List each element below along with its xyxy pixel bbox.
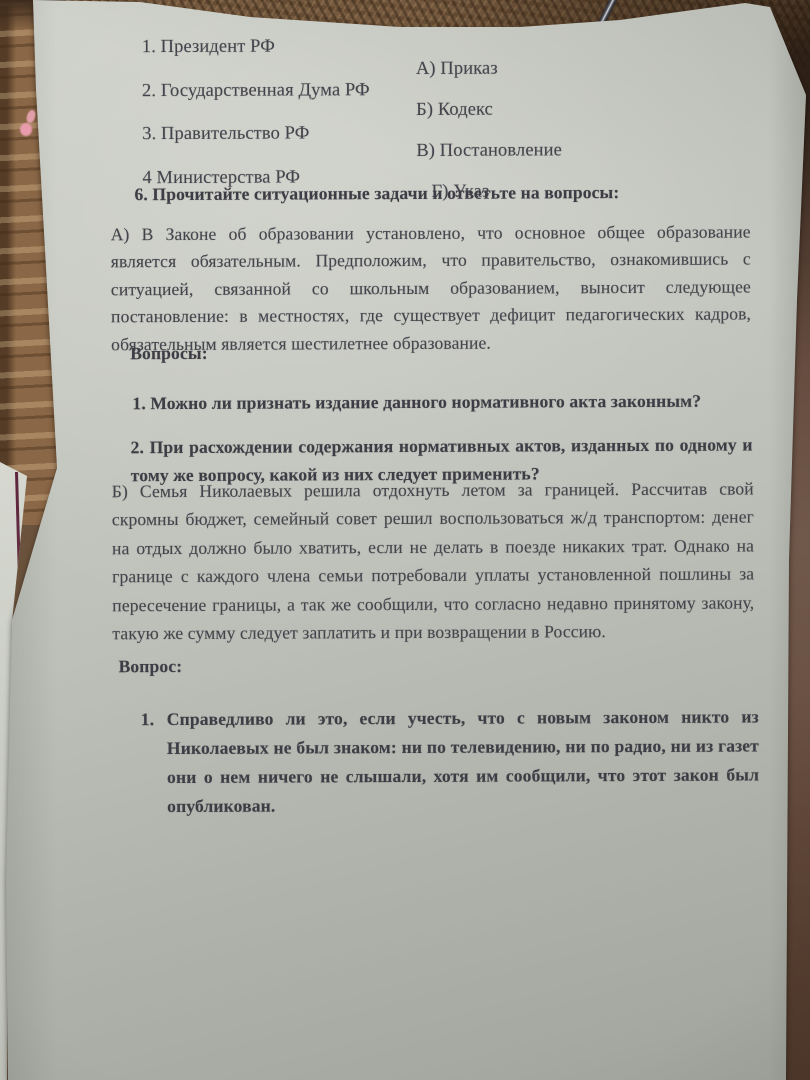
- final-question: 1. Справедливо ли это, если учесть, что …: [141, 702, 760, 821]
- final-question-text: Справедливо ли это, если учесть, что с н…: [167, 702, 760, 821]
- matching-left-item: 3. Правительство РФ: [142, 123, 370, 167]
- photo-scene: 1. Президент РФ 2. Государственная Дума …: [0, 0, 810, 1080]
- matching-right-option: Б) Кодекс: [416, 99, 562, 141]
- question-1: 1. Можно ли признать издание данного нор…: [132, 386, 764, 417]
- matching-left-item: 1. Президент РФ: [142, 36, 370, 80]
- paper-sheet-wrap: 1. Президент РФ 2. Государственная Дума …: [0, 0, 810, 1080]
- matching-right-option: А) Приказ: [416, 58, 562, 100]
- case-b-paragraph: Б) Семья Николаевых решила отдохнуть лет…: [112, 474, 755, 647]
- task6-heading: 6. Прочитайте ситуационные задачи и отве…: [134, 182, 744, 206]
- document-content: 1. Президент РФ 2. Государственная Дума …: [0, 0, 810, 1080]
- matching-left-item: 2. Государственная Дума РФ: [142, 80, 370, 124]
- question-label: Вопрос:: [119, 656, 183, 677]
- final-question-number: 1.: [141, 705, 168, 821]
- pink-mark: [20, 123, 32, 136]
- questions-label: Вопросы:: [130, 343, 208, 364]
- case-a-paragraph: А) В Законе об образовании установлено, …: [111, 218, 752, 358]
- matching-right-option: В) Постановление: [416, 140, 562, 182]
- paper-sheet: 1. Президент РФ 2. Государственная Дума …: [0, 0, 810, 1080]
